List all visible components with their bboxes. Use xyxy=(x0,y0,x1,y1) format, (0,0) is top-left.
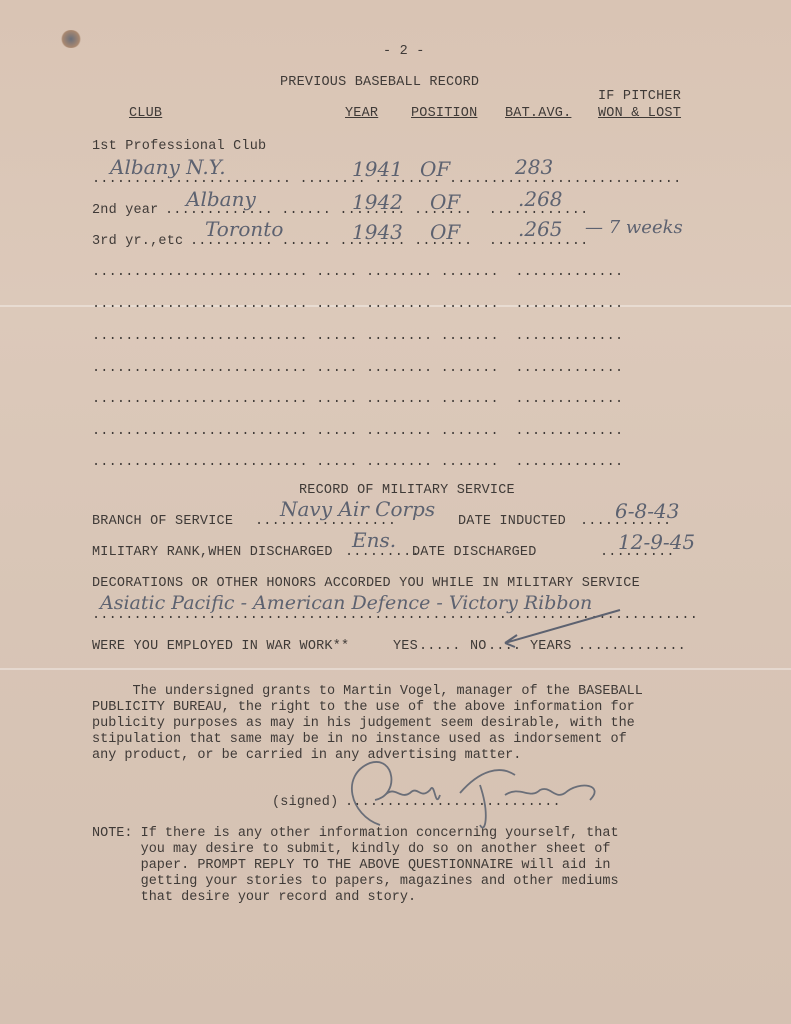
war-work-no: NO xyxy=(470,639,487,654)
rank-label: MILITARY RANK,WHEN DISCHARGED xyxy=(92,545,333,560)
row2-bat-avg: .268 xyxy=(518,187,563,211)
row3-club: Toronto xyxy=(205,217,283,241)
war-work-yes: YES xyxy=(393,639,418,654)
blank-row: .......................... ..... .......… xyxy=(92,329,623,344)
header-position: POSITION xyxy=(411,106,477,121)
row3-bat-avg: .265 xyxy=(518,217,563,241)
fold-crease xyxy=(0,668,791,670)
inducted-label: DATE INDUCTED xyxy=(458,514,566,529)
header-bat-avg: BAT.AVG. xyxy=(505,106,571,121)
decorations-label: DECORATIONS OR OTHER HONORS ACCORDED YOU… xyxy=(92,576,640,591)
inducted-value: 6-8-43 xyxy=(615,499,679,523)
blank-row: .......................... ..... .......… xyxy=(92,361,623,376)
header-if-pitcher: IF PITCHER xyxy=(598,89,681,104)
discharged-value: 12-9-45 xyxy=(618,530,695,554)
header-year: YEAR xyxy=(345,106,378,121)
signed-label: (signed) xyxy=(272,795,338,810)
first-club-label: 1st Professional Club xyxy=(92,139,266,154)
signature xyxy=(340,755,610,835)
note-line: getting your stories to papers, magazine… xyxy=(92,874,619,890)
row2-position: OF xyxy=(430,190,460,214)
blank-row: .......................... ..... .......… xyxy=(92,455,623,470)
row1-club: Albany N.Y. xyxy=(110,155,226,179)
consent-line: The undersigned grants to Martin Vogel, … xyxy=(92,684,643,700)
row3-year: 1943 xyxy=(352,220,403,244)
row1-bat-avg: 283 xyxy=(515,155,553,179)
row3-won-lost: — 7 weeks xyxy=(585,217,683,238)
row3-position: OF xyxy=(430,220,460,244)
page-number: - 2 - xyxy=(383,44,425,59)
rank-value: Ens. xyxy=(352,528,396,552)
header-club: CLUB xyxy=(129,106,162,121)
consent-line: stipulation that same may be in no insta… xyxy=(92,732,627,748)
row-dots: ..... xyxy=(419,639,461,654)
row1-position: OF xyxy=(420,157,450,181)
note-line: paper. PROMPT REPLY TO THE ABOVE QUESTIO… xyxy=(92,858,610,874)
note-line: that desire your record and story. xyxy=(92,890,416,906)
blank-row: .......................... ..... .......… xyxy=(92,297,623,312)
row2-club: Albany xyxy=(186,187,256,211)
blank-row: .......................... ..... .......… xyxy=(92,424,623,439)
row1-year: 1941 xyxy=(352,157,403,181)
note-line: NOTE: If there is any other information … xyxy=(92,826,619,842)
military-title: RECORD OF MILITARY SERVICE xyxy=(299,483,515,498)
blank-row: .......................... ..... .......… xyxy=(92,265,623,280)
war-work-label: WERE YOU EMPLOYED IN WAR WORK** xyxy=(92,639,349,654)
note-line: you may desire to submit, kindly do so o… xyxy=(92,842,610,858)
blank-row: .......................... ..... .......… xyxy=(92,392,623,407)
branch-label: BRANCH OF SERVICE xyxy=(92,514,233,529)
branch-value: Navy Air Corps xyxy=(280,497,435,521)
row2-label: 2nd year xyxy=(92,203,158,218)
header-won-lost: WON & LOST xyxy=(598,106,681,121)
ink-stain xyxy=(60,30,82,48)
consent-line: PUBLICITY BUREAU, the right to the use o… xyxy=(92,700,635,716)
discharged-label: DATE DISCHARGED xyxy=(412,545,537,560)
baseball-record-title: PREVIOUS BASEBALL RECORD xyxy=(280,75,479,90)
row2-year: 1942 xyxy=(352,190,403,214)
row3-label: 3rd yr.,etc xyxy=(92,234,183,249)
check-arrow-mark xyxy=(495,605,625,650)
consent-line: publicity purposes as may in his judgeme… xyxy=(92,716,635,732)
